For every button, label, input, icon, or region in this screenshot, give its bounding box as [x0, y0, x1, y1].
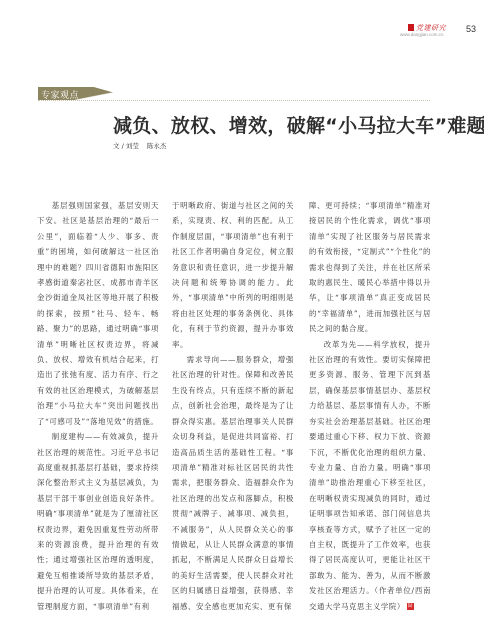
article-column-2: 于明晰政府、街道与社区之间的关系，实现责、权、利的匹配。从工作制度层面，“事项清…	[172, 198, 294, 614]
byline-coauthor: 陈永杰	[147, 142, 167, 150]
paragraph: 需求导向——服务群众，增强社区治理的针对性。保障和改善民生没有终点，只有连续不断…	[172, 352, 294, 614]
party-emblem-icon	[408, 24, 414, 31]
section-tag-decoration	[74, 87, 140, 100]
paragraph: 改革为先——科学放权，提升社区治理的有效性。要切实保障把更多资源、服务、管理下沉…	[309, 337, 431, 614]
paragraph: 基层强则国家强，基层安则天下安。社区是基层治理的“最后一公里”，面临着“人少、事…	[37, 198, 159, 429]
article-column-1: 基层强则国家强，基层安则天下安。社区是基层治理的“最后一公里”，面临着“人少、事…	[37, 198, 159, 614]
page-number: 53	[466, 24, 476, 34]
article-column-3: 障、更可持续；“事项清单”精准对接居民的个性化需求，调优“事项清单”实现了社区服…	[309, 198, 431, 614]
section-divider	[38, 100, 430, 101]
magazine-logo: 党建研究 www.dangjian.com.cn	[400, 24, 462, 44]
paragraph: 于明晰政府、街道与社区之间的关系，实现责、权、利的匹配。从工作制度层面，“事项清…	[172, 198, 294, 352]
article-end-mark-icon: 囧	[407, 603, 414, 610]
byline-author: 文 / 刘莹	[113, 142, 139, 150]
paragraph-text: 改革为先——科学放权，提升社区治理的有效性。要切实保障把更多资源、服务、管理下沉…	[309, 340, 431, 611]
paragraph: 障、更可持续；“事项清单”精准对接居民的个性化需求，调优“事项清单”实现了社区服…	[309, 198, 431, 337]
article-title: 减负、放权、增效，破解“小马拉大车”难题	[113, 111, 484, 138]
logo-url: www.dangjian.com.cn	[400, 32, 444, 37]
article-byline: 文 / 刘莹 陈永杰	[113, 141, 172, 150]
paragraph: 制度建构——有效减负，提升社区治理的规范性。习近平总书记高度重视抓基层打基础，要…	[37, 429, 159, 614]
